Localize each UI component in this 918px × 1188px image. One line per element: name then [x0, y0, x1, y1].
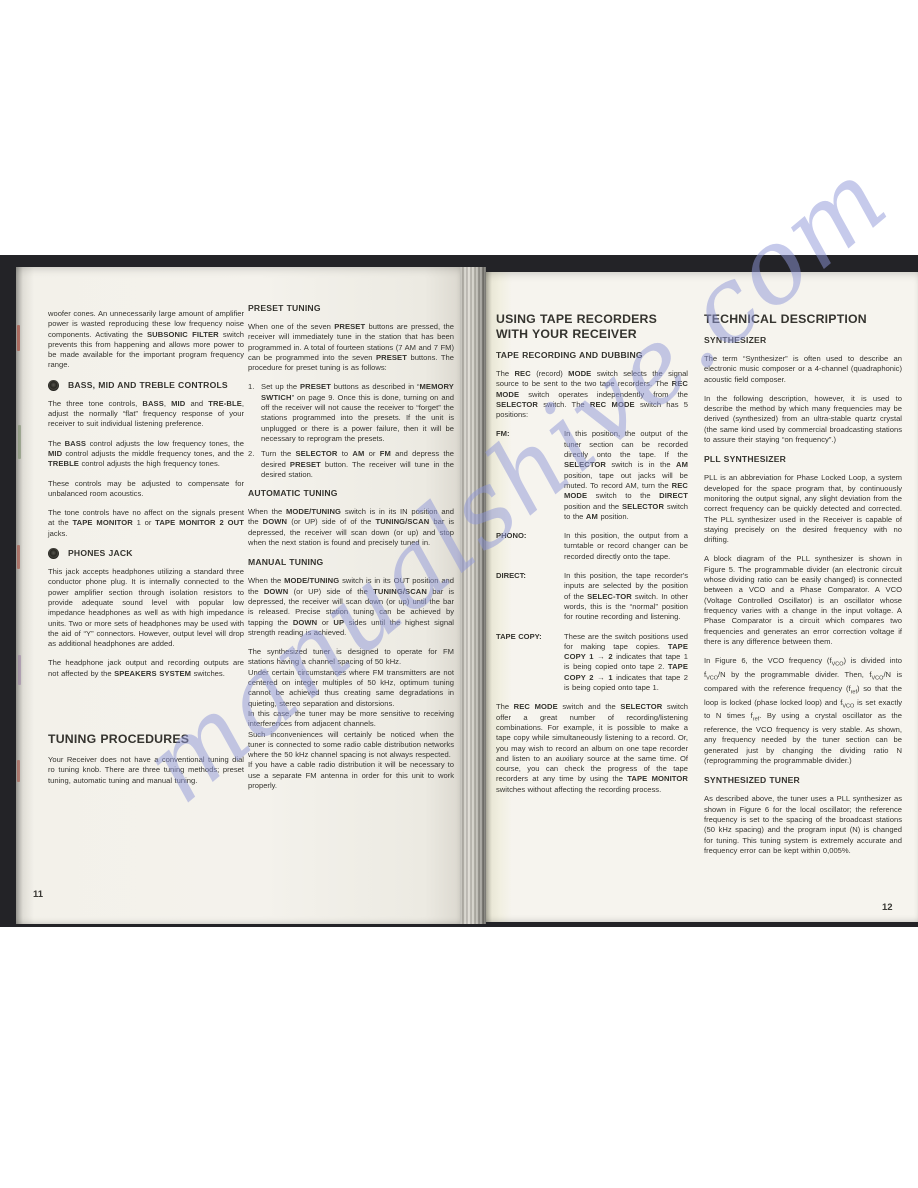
definition-row: TAPE COPY:These are the switch positions… — [496, 632, 688, 694]
list-item: 1.Set up the PRESET buttons as described… — [248, 382, 454, 444]
page-gutter-fold — [460, 267, 486, 924]
section-heading: TUNING PROCEDURES — [48, 732, 244, 747]
paragraph: The tone controls have no affect on the … — [48, 508, 244, 539]
right-page-column-1: USING TAPE RECORDERS WITH YOUR RECEIVERT… — [496, 312, 688, 804]
subsection-heading: SYNTHESIZER — [704, 335, 902, 346]
definition-term: TAPE COPY: — [496, 632, 564, 694]
heading-text: BASS, MID AND TREBLE CONTROLS — [68, 380, 228, 391]
definition-term: PHONO: — [496, 531, 564, 562]
paragraph: As described above, the tuner uses a PLL… — [704, 794, 902, 856]
definition-row: FM:In this position, the output of the t… — [496, 429, 688, 522]
page-edge-mark — [17, 545, 20, 569]
definition-text: These are the switch positions used for … — [564, 632, 688, 694]
page-number-right: 12 — [882, 902, 893, 913]
definition-text: In this position, the tape recorder's in… — [564, 571, 688, 622]
paragraph: When the MODE/TUNING switch is in its OU… — [248, 576, 454, 638]
subsection-heading: PRESET TUNING — [248, 303, 454, 314]
scanned-manual-screenshot: woofer cones. An unnecessarily large amo… — [0, 0, 918, 1188]
list-number: 2. — [248, 449, 261, 480]
paragraph: The REC MODE switch and the SELECTOR swi… — [496, 702, 688, 795]
paragraph: The synthesized tuner is designed to ope… — [248, 647, 454, 791]
paragraph: The term “Synthesizer” is often used to … — [704, 354, 902, 385]
definition-term: DIRECT: — [496, 571, 564, 622]
paragraph: In the following description, however, i… — [704, 394, 902, 445]
page-edge-mark — [17, 325, 20, 351]
page-edge-mark — [18, 425, 21, 459]
paragraph: The BASS control adjusts the low frequen… — [48, 439, 244, 470]
paragraph: The headphone jack output and recording … — [48, 658, 244, 679]
paragraph: When one of the seven PRESET buttons are… — [248, 322, 454, 373]
list-item: 2.Turn the SELECTOR to AM or FM and depr… — [248, 449, 454, 480]
left-page-column-1: woofer cones. An unnecessarily large amo… — [48, 309, 244, 795]
section-heading: USING TAPE RECORDERS WITH YOUR RECEIVER — [496, 312, 688, 342]
definition-text: In this position, the output from a turn… — [564, 531, 688, 562]
paragraph: The REC (record) MODE switch selects the… — [496, 369, 688, 420]
spacer — [48, 688, 244, 732]
paragraph: PLL is an abbreviation for Phase Locked … — [704, 473, 902, 545]
subsection-heading: PLL SYNTHESIZER — [704, 454, 902, 465]
manual-page-right: USING TAPE RECORDERS WITH YOUR RECEIVERT… — [486, 272, 918, 922]
list-text: Set up the PRESET buttons as described i… — [261, 382, 454, 444]
paragraph: A block diagram of the PLL synthesizer i… — [704, 554, 902, 647]
paragraph: When the MODE/TUNING switch is in its IN… — [248, 507, 454, 548]
control-callout-icon — [48, 380, 59, 391]
control-callout-icon — [48, 548, 59, 559]
subsection-heading: TAPE RECORDING AND DUBBING — [496, 350, 688, 361]
page-edge-mark — [18, 655, 21, 685]
subsection-heading: SYNTHESIZED TUNER — [704, 775, 902, 786]
left-page-column-2: PRESET TUNINGWhen one of the seven PRESE… — [248, 303, 454, 800]
section-heading: TECHNICAL DESCRIPTION — [704, 312, 902, 327]
subsection-heading: BASS, MID AND TREBLE CONTROLS — [48, 380, 244, 391]
scan-background-frame: woofer cones. An unnecessarily large amo… — [0, 255, 918, 927]
paragraph: The three tone controls, BASS, MID and T… — [48, 399, 244, 430]
subsection-heading: MANUAL TUNING — [248, 557, 454, 568]
page-number-left: 11 — [33, 889, 43, 900]
list-text: Turn the SELECTOR to AM or FM and depres… — [261, 449, 454, 480]
paragraph: These controls may be adjusted to compen… — [48, 479, 244, 500]
definition-term: FM: — [496, 429, 564, 522]
paragraph: woofer cones. An unnecessarily large amo… — [48, 309, 244, 371]
paragraph: In Figure 6, the VCO frequency (fVCO) is… — [704, 656, 902, 766]
list-number: 1. — [248, 382, 261, 444]
right-page-column-2: TECHNICAL DESCRIPTIONSYNTHESIZERThe term… — [704, 312, 902, 865]
definition-row: DIRECT:In this position, the tape record… — [496, 571, 688, 622]
paragraph: This jack accepts headphones utilizing a… — [48, 567, 244, 649]
heading-text: PHONES JACK — [68, 548, 133, 559]
subsection-heading: AUTOMATIC TUNING — [248, 488, 454, 499]
manual-page-left: woofer cones. An unnecessarily large amo… — [16, 267, 460, 924]
paragraph: Your Receiver does not have a convention… — [48, 755, 244, 786]
definition-text: In this position, the output of the tune… — [564, 429, 688, 522]
definition-row: PHONO:In this position, the output from … — [496, 531, 688, 562]
page-edge-mark — [17, 760, 20, 782]
subsection-heading: PHONES JACK — [48, 548, 244, 559]
